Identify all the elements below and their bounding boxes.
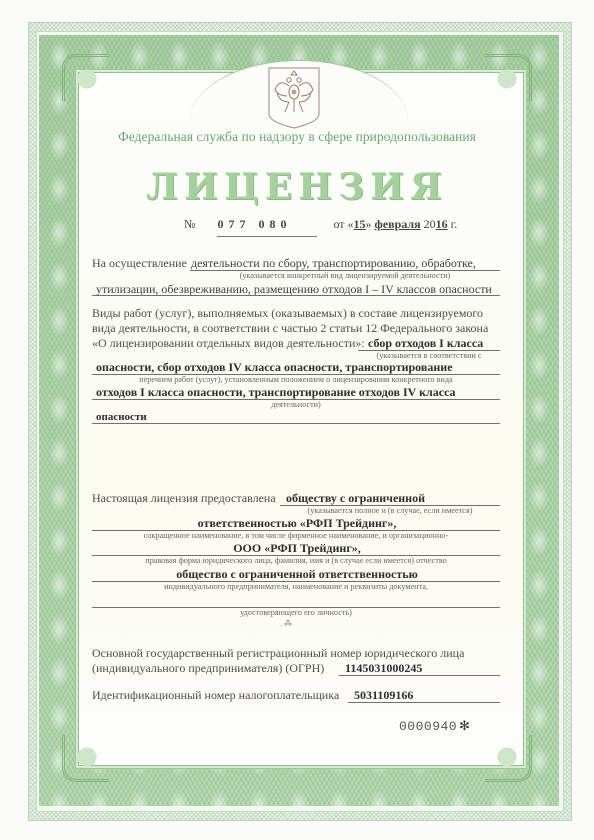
coat-of-arms-icon: [267, 66, 321, 130]
inn-value: 5031109166: [354, 688, 413, 702]
star-mark-icon: ✻: [459, 718, 470, 734]
form-serial-number: 0000940: [399, 719, 457, 734]
works-intro-line-2: вида деятельности, в соответствии с част…: [92, 321, 488, 335]
underline: [348, 702, 500, 703]
licensee-value-1: обществу с ограниченной: [286, 491, 425, 505]
date-day: 15: [354, 217, 366, 231]
corner-ornament-top-left: [62, 54, 109, 101]
document-title: ЛИЦЕНЗИЯ: [0, 166, 594, 208]
licensee-value-2: ответственностью «РФП Трейдинг»,: [0, 516, 594, 530]
works-value-4: опасности: [96, 410, 147, 424]
ogrn-value: 1145031000245: [345, 661, 422, 675]
licensee-label: Настоящая лицензия предоставлена: [92, 491, 276, 505]
corner-ornament-top-right: [485, 54, 532, 101]
works-value-2: опасности, сбор отходов IV класса опасно…: [96, 360, 453, 374]
licensee-value-3: ООО «РФП Трейдинг»,: [0, 541, 594, 555]
ogrn-label-line-2: (индивидуального предпринимателя) (ОГРН): [92, 661, 324, 675]
inn-label: Идентификационный номер налогоплательщик…: [92, 688, 339, 702]
underline: [339, 675, 500, 676]
underline: [92, 423, 500, 424]
works-caption-2: перечнем работ (услуг), установленным по…: [92, 375, 500, 385]
licensee-caption-2: сокращенное наименование, в том числе фи…: [92, 531, 500, 541]
activity-value-1: деятельности по сбору, транспортированию…: [191, 256, 476, 270]
number-sign: №: [184, 217, 195, 231]
corner-ornament-bottom-left: [62, 735, 109, 782]
licensee-value-4: общество с ограниченной ответственностью: [0, 567, 594, 581]
licensee-caption-1: (указывается полное и (в случае, если им…: [280, 506, 500, 516]
licensee-caption-5: удостоверяющего его личность): [92, 608, 500, 618]
works-caption-3: деятельности): [92, 400, 500, 410]
corner-ornament-bottom-right: [485, 735, 532, 782]
date-year-prefix: 20: [421, 217, 436, 231]
date-suffix: г.: [448, 217, 458, 231]
agency-name: Федеральная служба по надзору в сфере пр…: [0, 129, 594, 145]
ink-smudge: . ⁂: [280, 619, 292, 628]
works-intro-line-3: «О лицензировании отдельных видов деятел…: [92, 336, 365, 350]
date-year-suffix: 16: [436, 217, 448, 231]
licensee-caption-4: индивидуального предпринимателя, наимено…: [92, 582, 500, 592]
license-number: 077 080: [217, 217, 317, 237]
underline: [92, 295, 500, 296]
activity-label: На осуществление: [92, 256, 187, 270]
license-number-line: №077 080от «15» февраля 2016 г.: [184, 217, 457, 237]
date-prefix: от «: [333, 217, 353, 231]
works-intro-line-1: Виды работ (услуг), выполняемых (оказыва…: [92, 306, 483, 320]
works-value-1: сбор отходов I класса: [368, 336, 483, 350]
date-month: февраля: [375, 217, 421, 231]
licensee-caption-3: правовая форма юридического лица, фамили…: [92, 556, 500, 566]
works-value-3: отходов I класса опасности, транспортиро…: [96, 385, 456, 399]
date-mid: »: [366, 217, 375, 231]
activity-value-2: утилизации, обезвреживанию, размещению о…: [96, 282, 492, 296]
activity-caption: (указывается конкретный вид лицензируемо…: [190, 271, 500, 281]
ogrn-label-line-1: Основной государственный регистрационный…: [92, 646, 464, 660]
